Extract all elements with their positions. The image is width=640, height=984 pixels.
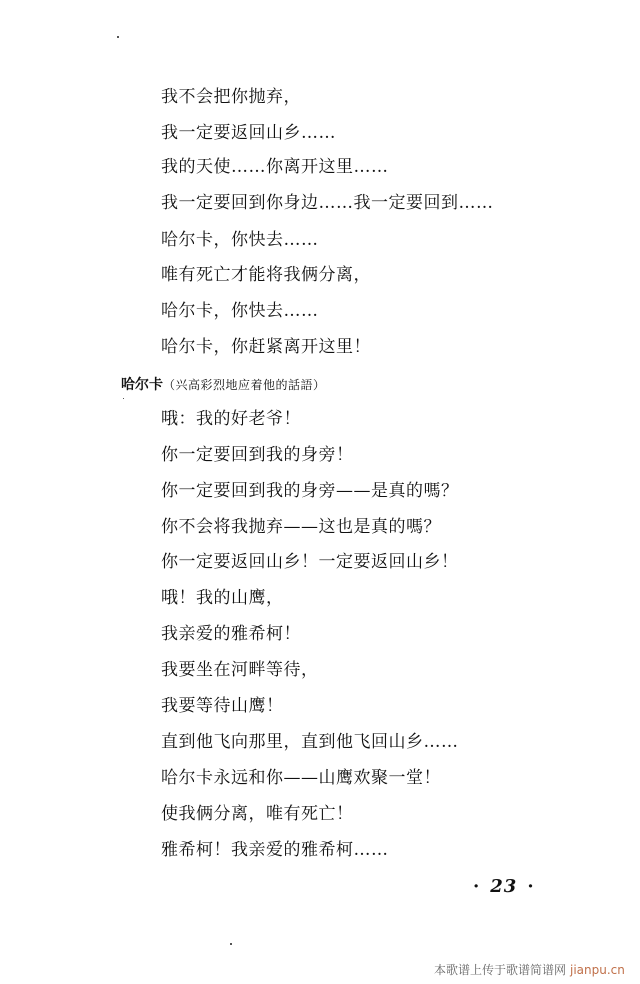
lyric-line: 哈尔卡永远和你——山鹰欢聚一堂！ — [161, 768, 441, 788]
scan-speck — [123, 398, 124, 399]
lyric-line: 我一定要回到你身边……我一定要回到…… — [161, 193, 494, 213]
lyric-line: 你一定要返回山乡！一定要返回山乡！ — [161, 552, 459, 572]
lyric-line: 我的天使……你离开这里…… — [161, 157, 389, 177]
page-number-value: 23 — [490, 876, 517, 897]
stage-direction: （兴高彩烈地应着他的話語） — [163, 378, 326, 392]
lyric-line: 你一定要回到我的身旁——是真的嗎？ — [161, 481, 459, 501]
watermark: 本歌谱上传于歌谱简谱网jianpu.cn — [434, 962, 625, 978]
lyric-line: 哦：我的好老爷！ — [161, 409, 301, 429]
lyric-line: 哈尔卡，你赶紧离开这里！ — [161, 337, 371, 357]
score-page: 我不会把你抛弃， 我一定要返回山乡…… 我的天使……你离开这里…… 我一定要回到… — [0, 0, 640, 984]
lyric-line: 我要等待山鹰！ — [161, 696, 284, 716]
watermark-site: jianpu.cn — [570, 963, 625, 977]
page-number-right-dot: · — [517, 876, 544, 897]
lyric-line: 我一定要返回山乡…… — [161, 123, 336, 143]
lyric-line: 哈尔卡，你快去…… — [161, 230, 319, 250]
lyric-line: 雅希柯！我亲爱的雅希柯…… — [161, 840, 389, 860]
lyric-line: 直到他飞向那里，直到他飞回山乡…… — [161, 732, 459, 752]
lyric-line: 我亲爱的雅希柯！ — [161, 624, 301, 644]
scan-speck — [230, 943, 232, 945]
page-number-left-dot: · — [463, 876, 490, 897]
lyric-line: 使我俩分离，唯有死亡！ — [161, 804, 354, 824]
page-number: ·23· — [463, 876, 545, 898]
lyric-line: 哈尔卡，你快去…… — [161, 301, 319, 321]
lyric-line: 你不会将我抛弃——这也是真的嗎？ — [161, 517, 441, 537]
lyric-line: 哦！我的山鹰， — [161, 588, 284, 608]
lyric-line: 我要坐在河畔等待， — [161, 660, 319, 680]
speaker-heading: 哈尔卡（兴高彩烈地应着他的話語） — [121, 374, 326, 395]
lyric-line: 你一定要回到我的身旁！ — [161, 445, 354, 465]
watermark-text: 本歌谱上传于歌谱简谱网 — [434, 963, 566, 977]
lyric-line: 我不会把你抛弃， — [161, 87, 301, 107]
lyric-line: 唯有死亡才能将我俩分离， — [161, 265, 371, 285]
speaker-name: 哈尔卡 — [121, 377, 163, 393]
scan-speck — [117, 36, 119, 38]
